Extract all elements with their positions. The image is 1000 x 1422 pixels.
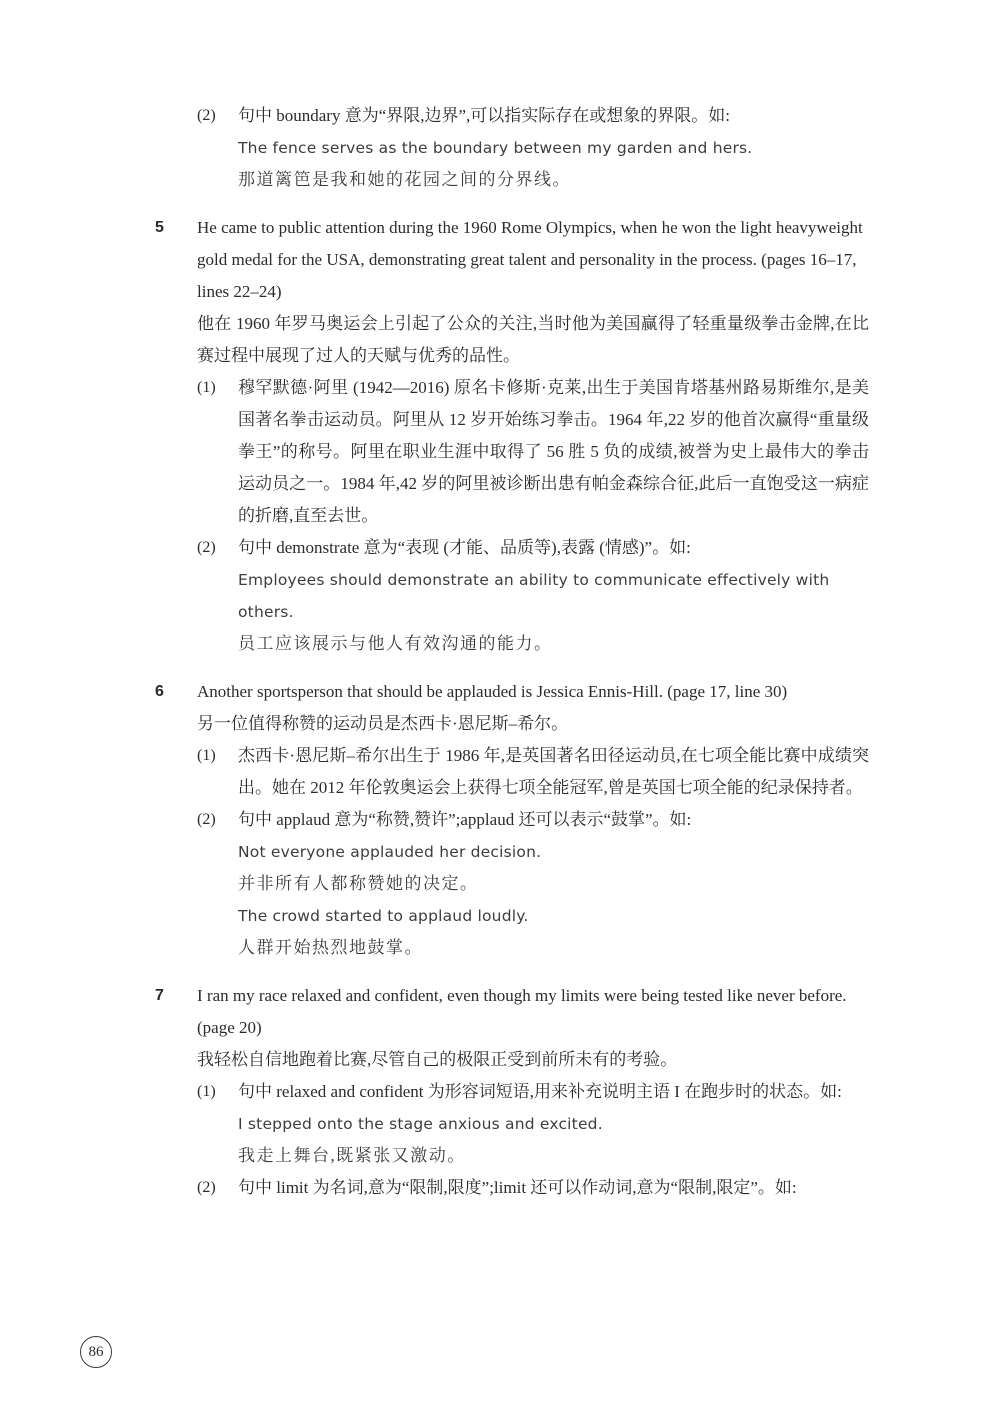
subitem-body: 句中 demonstrate 意为“表现 (才能、品质等),表露 (情感)”。如… (238, 532, 869, 660)
subitem-marker: (2) (197, 532, 238, 660)
subitem-text: 句中 applaud 意为“称赞,赞许”;applaud 还可以表示“鼓掌”。如… (238, 804, 869, 836)
subitem-marker: (1) (197, 372, 238, 532)
list-item-5: 5 He came to public attention during the… (155, 212, 869, 660)
page-content: (2) 句中 boundary 意为“界限,边界”,可以指实际存在或想象的界限。… (155, 100, 869, 1204)
page-number-badge: 86 (80, 1336, 112, 1368)
subitem-text: 句中 limit 为名词,意为“限制,限度”;limit 还可以作动词,意为“限… (238, 1172, 869, 1204)
list-item-7: 7 I ran my race relaxed and confident, e… (155, 980, 869, 1204)
example-sentence-en: Employees should demonstrate an ability … (238, 564, 869, 628)
subitem-body: 句中 relaxed and confident 为形容词短语,用来补充说明主语… (238, 1076, 869, 1172)
item-body: He came to public attention during the 1… (197, 212, 869, 660)
example-sentence-en: Not everyone applauded her decision. (238, 836, 869, 868)
subitem-boundary: (2) 句中 boundary 意为“界限,边界”,可以指实际存在或想象的界限。… (197, 100, 869, 196)
example-sentence-en: The crowd started to applaud loudly. (238, 900, 869, 932)
subitem-body: 穆罕默德·阿里 (1942—2016) 原名卡修斯·克莱,出生于美国肯塔基州路易… (238, 372, 869, 532)
subitem-ennis-hill-bio: (1) 杰西卡·恩尼斯–希尔出生于 1986 年,是英国著名田径运动员,在七项全… (197, 740, 869, 804)
subitem-text: 杰西卡·恩尼斯–希尔出生于 1986 年,是英国著名田径运动员,在七项全能比赛中… (238, 740, 869, 804)
example-sentence-zh: 那道篱笆是我和她的花园之间的分界线。 (238, 164, 869, 196)
item-text-en: Another sportsperson that should be appl… (197, 676, 869, 708)
item-translation-zh: 我轻松自信地跑着比赛,尽管自己的极限正受到前所未有的考验。 (197, 1044, 869, 1076)
subitem-demonstrate: (2) 句中 demonstrate 意为“表现 (才能、品质等),表露 (情感… (197, 532, 869, 660)
subitem-marker: (2) (197, 100, 238, 196)
example-sentence-en: The fence serves as the boundary between… (238, 132, 869, 164)
item-number: 5 (155, 212, 197, 660)
page-number: 86 (89, 1344, 104, 1361)
item-number: 7 (155, 980, 197, 1204)
item-text-en: I ran my race relaxed and confident, eve… (197, 980, 869, 1044)
subitem-body: 句中 boundary 意为“界限,边界”,可以指实际存在或想象的界限。如: T… (238, 100, 869, 196)
item-text-en: He came to public attention during the 1… (197, 212, 869, 308)
subitem-body: 杰西卡·恩尼斯–希尔出生于 1986 年,是英国著名田径运动员,在七项全能比赛中… (238, 740, 869, 804)
subitem-text: 句中 demonstrate 意为“表现 (才能、品质等),表露 (情感)”。如… (238, 532, 869, 564)
subitem-body: 句中 limit 为名词,意为“限制,限度”;limit 还可以作动词,意为“限… (238, 1172, 869, 1204)
subitem-text: 穆罕默德·阿里 (1942—2016) 原名卡修斯·克莱,出生于美国肯塔基州路易… (238, 372, 869, 532)
item-body: I ran my race relaxed and confident, eve… (197, 980, 869, 1204)
subitem-limit: (2) 句中 limit 为名词,意为“限制,限度”;limit 还可以作动词,… (197, 1172, 869, 1204)
subitem-text: 句中 boundary 意为“界限,边界”,可以指实际存在或想象的界限。如: (238, 100, 869, 132)
subitem-marker: (2) (197, 804, 238, 964)
item-translation-zh: 他在 1960 年罗马奥运会上引起了公众的关注,当时他为美国赢得了轻重量级拳击金… (197, 308, 869, 372)
example-sentence-zh: 员工应该展示与他人有效沟通的能力。 (238, 628, 869, 660)
example-sentence-en: I stepped onto the stage anxious and exc… (238, 1108, 869, 1140)
example-sentence-zh: 人群开始热烈地鼓掌。 (238, 932, 869, 964)
item-body: Another sportsperson that should be appl… (197, 676, 869, 964)
subitem-marker: (1) (197, 1076, 238, 1172)
item-translation-zh: 另一位值得称赞的运动员是杰西卡·恩尼斯–希尔。 (197, 708, 869, 740)
subitem-marker: (1) (197, 740, 238, 804)
example-sentence-zh: 并非所有人都称赞她的决定。 (238, 868, 869, 900)
document-page: (2) 句中 boundary 意为“界限,边界”,可以指实际存在或想象的界限。… (0, 0, 1000, 1422)
subitem-marker: (2) (197, 1172, 238, 1204)
list-item-6: 6 Another sportsperson that should be ap… (155, 676, 869, 964)
subitem-ali-bio: (1) 穆罕默德·阿里 (1942—2016) 原名卡修斯·克莱,出生于美国肯塔… (197, 372, 869, 532)
subitem-relaxed-confident: (1) 句中 relaxed and confident 为形容词短语,用来补充… (197, 1076, 869, 1172)
subitem-applaud: (2) 句中 applaud 意为“称赞,赞许”;applaud 还可以表示“鼓… (197, 804, 869, 964)
item-number: 6 (155, 676, 197, 964)
example-sentence-zh: 我走上舞台,既紧张又激动。 (238, 1140, 869, 1172)
subitem-body: 句中 applaud 意为“称赞,赞许”;applaud 还可以表示“鼓掌”。如… (238, 804, 869, 964)
subitem-text: 句中 relaxed and confident 为形容词短语,用来补充说明主语… (238, 1076, 869, 1108)
